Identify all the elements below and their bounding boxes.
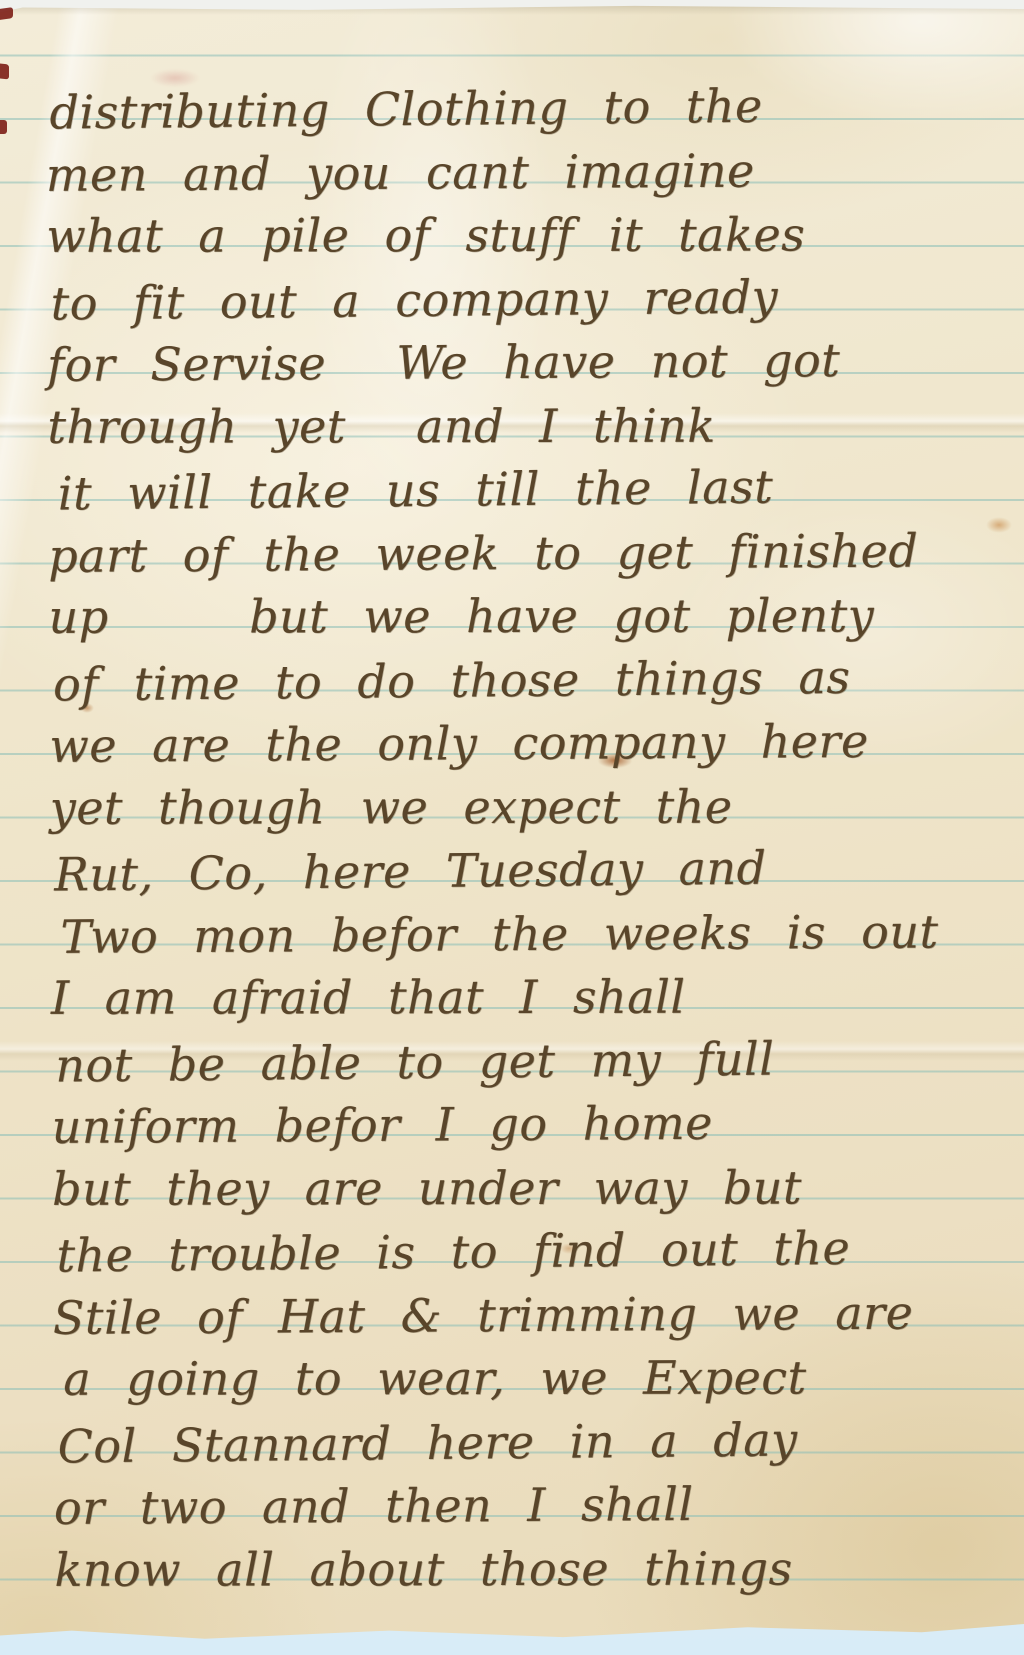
handwriting-line: part of the week to get finished	[48, 519, 1000, 588]
handwriting-line: of time to do those things as	[49, 644, 1002, 717]
handwriting-line: to fit out a company ready	[46, 263, 999, 336]
paper-top-edge-shadow	[0, 5, 1024, 15]
handwriting-line: the trouble is to find out the	[52, 1215, 1005, 1288]
letter-body: distributing Clothing to themen and you …	[45, 74, 1006, 1604]
handwriting-line: uniform befor I go home	[52, 1090, 1004, 1159]
scanned-letter-page: distributing Clothing to themen and you …	[0, 0, 1024, 1655]
handwriting-line: distributing Clothing to the	[45, 72, 998, 145]
handwriting-line: Rut, Co, here Tuesday and	[50, 834, 1003, 907]
handwriting-line: but they are under way but	[52, 1156, 1004, 1221]
red-edge-mark-2	[0, 64, 9, 80]
handwriting-line: we are the only company here	[49, 709, 1001, 778]
handwriting-line: a going to wear, we Expect	[53, 1346, 1005, 1411]
handwriting-line: through yet and I think	[47, 394, 999, 459]
handwriting-line: Two mon befor the weeks is out	[50, 900, 1002, 969]
handwriting-line: Col Stannard here in a day	[53, 1406, 1006, 1479]
handwriting-line: it will take us till the last	[48, 453, 1001, 526]
red-edge-mark-3	[0, 120, 7, 134]
handwriting-line: men and you cant imagine	[46, 138, 998, 207]
handwriting-line: I am afraid that I shall	[51, 965, 1003, 1030]
letter-paper: distributing Clothing to themen and you …	[0, 5, 1024, 1647]
handwriting-line: not be able to get my full	[51, 1025, 1004, 1098]
handwriting-line: Stile of Hat & trimming we are	[53, 1281, 1005, 1350]
red-edge-mark-1	[0, 7, 13, 20]
handwriting-line: or two and then I shall	[54, 1471, 1006, 1540]
handwriting-line: what a pile of stuff it takes	[46, 203, 998, 268]
handwriting-line: know all about those things	[54, 1537, 1006, 1602]
handwriting-line: up but we have got plenty	[49, 584, 1001, 649]
handwriting-line: yet though we expect the	[50, 775, 1002, 840]
handwriting-line: for Servise We have not got	[47, 328, 999, 397]
